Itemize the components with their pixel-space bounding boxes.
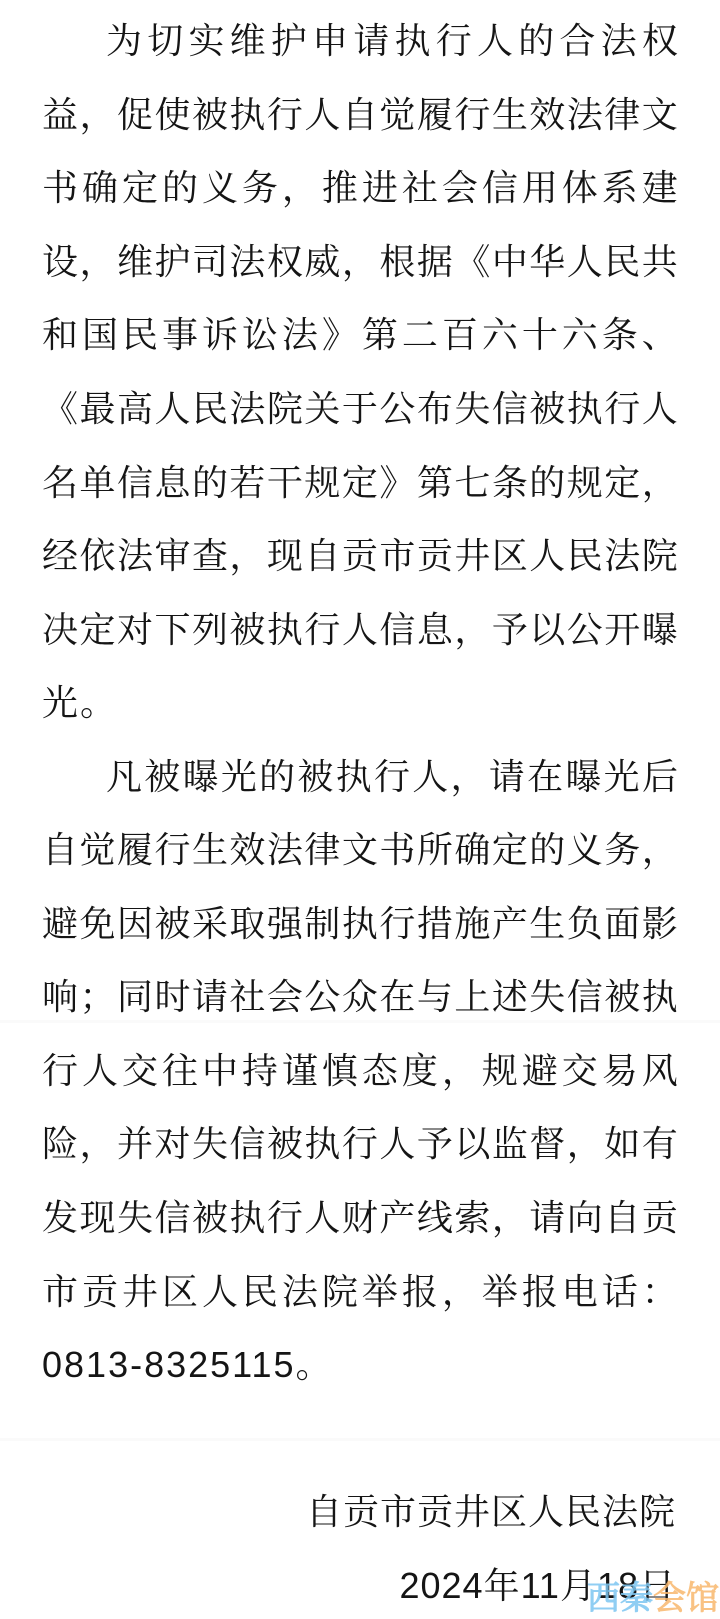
text-line-p2: 市贡井区人民法院举报，举报电话： (42, 1252, 678, 1326)
text-line-p1: 经依法审查，现自贡市贡井区人民法院 (42, 517, 678, 591)
text-line-p1: 光。 (42, 664, 678, 738)
text-line-p2: 险，并对失信被执行人予以监督，如有 (42, 1105, 678, 1179)
signature-court-line: 自贡市贡井区人民法院 (42, 1473, 678, 1547)
screenshot-seam-divider (0, 1438, 720, 1441)
screenshot-seam-divider (0, 1020, 720, 1023)
blank-line (42, 1399, 678, 1473)
watermark: 西秦会馆 (587, 1581, 719, 1614)
text-line-p2: 凡被曝光的被执行人，请在曝光后 (42, 737, 678, 811)
signature-date-line: 2024年11月18日 (42, 1546, 678, 1619)
watermark-text-blue: 西秦 (587, 1579, 653, 1616)
text-line-p1: 决定对下列被执行人信息，予以公开曝 (42, 590, 678, 664)
text-line-p2: 0813-8325115。 (42, 1326, 678, 1400)
text-line-p1: 设，维护司法权威，根据《中华人民共 (42, 223, 678, 297)
text-line-p1: 《最高人民法院关于公布失信被执行人 (42, 370, 678, 444)
watermark-text-orange: 会馆 (653, 1579, 719, 1616)
text-line-p1: 益，促使被执行人自觉履行生效法律文 (42, 76, 678, 150)
signature-court-name: 自贡市贡井区人民法院 (306, 1484, 676, 1535)
court-notice-page: 为切实维护申请执行人的合法权益，促使被执行人自觉履行生效法律文书确定的义务，推进… (0, 0, 720, 1619)
text-line-p1: 为切实维护申请执行人的合法权 (42, 2, 678, 76)
text-line-p2: 自觉履行生效法律文书所确定的义务， (42, 811, 678, 885)
text-line-p2: 行人交往中持谨慎态度，规避交易风 (42, 1032, 678, 1106)
text-line-p2: 发现失信被执行人财产线索，请向自贡 (42, 1179, 678, 1253)
text-line-p1: 和国民事诉讼法》第二百六十六条、 (42, 296, 678, 370)
notice-body: 为切实维护申请执行人的合法权益，促使被执行人自觉履行生效法律文书确定的义务，推进… (42, 2, 678, 1399)
notice-content: 为切实维护申请执行人的合法权益，促使被执行人自觉履行生效法律文书确定的义务，推进… (0, 2, 720, 1619)
text-line-p1: 书确定的义务，推进社会信用体系建 (42, 149, 678, 223)
text-line-p1: 名单信息的若干规定》第七条的规定， (42, 443, 678, 517)
text-line-p2: 避免因被采取强制执行措施产生负面影 (42, 885, 678, 959)
